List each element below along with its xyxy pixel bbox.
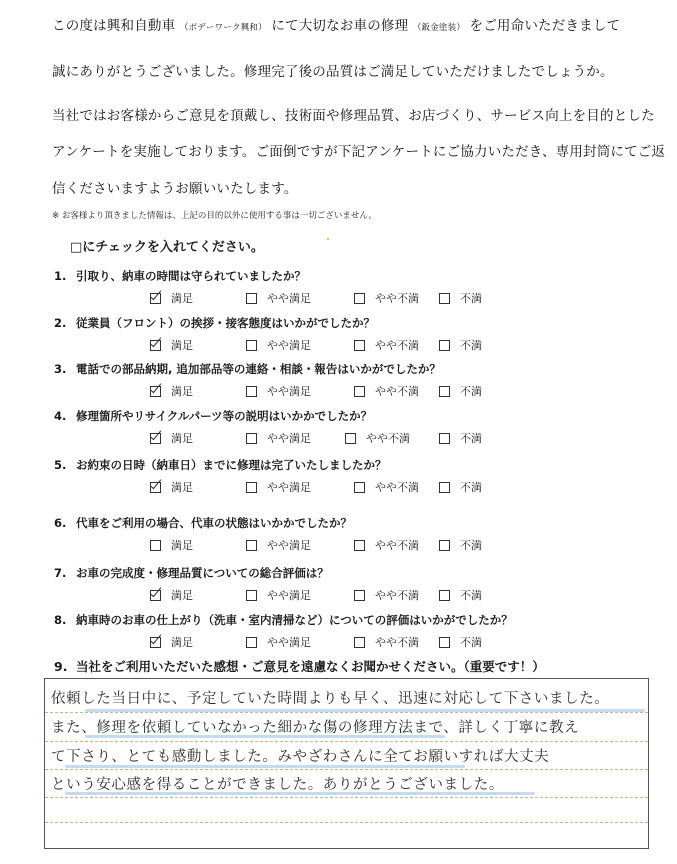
rating-option-label: やや満足 [267,537,311,553]
rating-option-label: 満足 [171,290,193,306]
question-number: 4. [54,409,76,423]
rating-option[interactable]: やや不満 [354,479,419,495]
rating-option[interactable]: やや不満 [354,587,419,603]
checked-checkbox[interactable] [150,482,161,493]
comment-line: また、修理を依頼していなかった細かな傷の修理方法まで、詳しく丁寧に教え [51,716,579,737]
rating-option-label: やや満足 [267,290,311,306]
rating-option-label: 不満 [460,587,482,603]
rating-option-label: 不満 [460,337,482,353]
rating-option-label: やや不満 [375,634,419,650]
rating-option[interactable]: やや不満 [354,537,419,553]
checkbox[interactable] [439,340,450,351]
rating-option[interactable]: 不満 [439,587,482,603]
rating-options: 満足やや満足やや不満不満 [0,587,677,603]
checkbox[interactable] [246,293,257,304]
question-8: 8.納車時のお車の仕上がり（洗車・室内清掃など）についての評価はいかがでしたか？ [54,612,513,628]
rating-option-label: 満足 [171,337,193,353]
rating-option-label: やや満足 [267,587,311,603]
rating-option[interactable]: 満足 [150,430,193,446]
rating-option[interactable]: 満足 [150,383,193,399]
ruled-line [45,797,648,798]
rating-option-label: 不満 [460,537,482,553]
checkbox[interactable] [439,590,450,601]
question-5: 5.お約束の日時（納車日）までに修理は完了いたしましたか？ [54,457,387,473]
scan-speck [327,238,329,240]
rating-option[interactable]: 不満 [439,537,482,553]
question-text: 電話での部品納期, 追加部品等の連絡・相談・報告はいかがでしたか？ [76,362,441,376]
checkbox[interactable] [246,340,257,351]
comment-line: という安心感を得ることができました。ありがとうございました。 [51,773,504,794]
rating-option-label: やや満足 [267,634,311,650]
highlight-stroke [85,709,645,712]
checked-checkbox[interactable] [150,433,161,444]
question-6: 6.代車をご利用の場合、代車の状態はいかかでしたか？ [54,515,352,531]
checkbox[interactable] [439,386,450,397]
rating-option-label: 不満 [460,430,482,446]
question-number: 9. [54,659,76,674]
rating-option-label: やや不満 [375,337,419,353]
rating-option-label: 満足 [171,430,193,446]
rating-option-label: 不満 [460,479,482,495]
question-number: 1. [54,269,76,283]
rating-option[interactable]: やや満足 [246,337,311,353]
rating-options: 満足やや満足やや不満不満 [0,537,677,553]
checkbox[interactable] [439,482,450,493]
checked-checkbox[interactable] [150,340,161,351]
rating-options: 満足やや満足やや不満不満 [0,634,677,650]
question-3: 3.電話での部品納期, 追加部品等の連絡・相談・報告はいかがでしたか？ [54,361,441,377]
rating-option[interactable]: やや満足 [246,587,311,603]
intro-line-3: 当社ではお客様からご意見を頂戴し、技術面や修理品質、お店づくり、サービス向上を目… [52,104,655,124]
rating-option-label: 不満 [460,383,482,399]
checkbox[interactable] [354,482,365,493]
intro-line-1: この度は興和自動車 （ボデーワーク興和） にて大切なお車の修理 （鈑金塗装） を… [52,14,620,34]
rating-option[interactable]: やや不満 [345,430,410,446]
checkbox[interactable] [150,540,161,551]
intro-text: をご用命いただきまして [470,18,621,34]
question-4: 4.修理箇所やリサイクルパーツ等の説明はいかかでしたか？ [54,408,372,424]
rating-option[interactable]: 満足 [150,587,193,603]
rating-options: 満足やや満足やや不満不満 [0,383,677,399]
question-7: 7.お車の完成度・修理品質についての総合評価は？ [54,565,329,581]
question-2: 2.従業員（フロント）の挨拶・接客態度はいかがでしたか？ [54,315,375,331]
question-text: 従業員（フロント）の挨拶・接客態度はいかがでしたか？ [76,316,375,330]
question-number: 3. [54,362,76,376]
rating-option[interactable]: 満足 [150,290,193,306]
ruled-line [45,741,648,742]
rating-option[interactable]: 満足 [150,337,193,353]
rating-option-label: やや満足 [267,383,311,399]
question-text: 代車をご利用の場合、代車の状態はいかかでしたか？ [76,516,352,530]
question-text: 引取り、納車の時間は守られていましたか？ [76,269,306,283]
comment-line: 依頼した当日中に、予定していた時間よりも早く、迅速に対応して下さいました。 [51,687,609,708]
question-text: お車の完成度・修理品質についての総合評価は？ [76,566,329,580]
question-number: 5. [54,458,76,472]
checkbox[interactable] [354,590,365,601]
question-number: 8. [54,613,76,627]
instruction-text: にチェックを入れてください。 [82,240,264,255]
ruled-line [45,712,648,713]
rating-option[interactable]: 不満 [439,383,482,399]
rating-options: 満足やや満足やや不満不満 [0,479,677,495]
intro-line-4: アンケートを実施しております。ご面倒ですが下記アンケートにご協力いただき、専用封… [52,140,665,160]
rating-option[interactable]: 不満 [439,430,482,446]
checkbox[interactable] [246,386,257,397]
rating-option[interactable]: やや満足 [246,430,311,446]
question-number: 6. [54,516,76,530]
comment-box[interactable]: 依頼した当日中に、予定していた時間よりも早く、迅速に対応して下さいました。 また… [44,678,649,849]
rating-option[interactable]: やや不満 [354,634,419,650]
rating-option-label: やや不満 [375,383,419,399]
question-number: 7. [54,566,76,580]
rating-option-label: やや不満 [375,537,419,553]
rating-option[interactable]: 満足 [150,634,193,650]
rating-option-label: やや満足 [267,479,311,495]
rating-option[interactable]: 不満 [439,337,482,353]
checkbox[interactable] [439,637,450,648]
intro-line-2: 誠にありがとうございました。修理完了後の品質はご満足していただけましたでしょうか… [52,60,614,80]
checked-checkbox[interactable] [150,637,161,648]
question-text: 当社をご利用いただいた感想・ご意見を遠慮なくお聞かせください。（重要です！） [76,659,545,674]
rating-option[interactable]: 不満 [439,479,482,495]
rating-option[interactable]: やや不満 [354,337,419,353]
checkbox[interactable] [354,637,365,648]
rating-option-label: やや不満 [375,587,419,603]
checkbox[interactable] [246,540,257,551]
rating-option-label: 不満 [460,634,482,650]
intro-small-text: （鈑金塗装） [413,23,465,33]
rating-options: 満足やや満足やや不満不満 [0,337,677,353]
rating-option[interactable]: やや満足 [246,634,311,650]
comment-line: て下さり、とても感動しました。みやざわさんに全てお願いすれば大丈夫 [51,745,549,766]
checked-checkbox[interactable] [150,386,161,397]
rating-option-label: やや満足 [267,430,311,446]
question-1: 1.引取り、納車の時間は守られていましたか？ [54,268,306,284]
intro-small-text: （ボデーワーク興和） [180,23,267,33]
rating-option[interactable]: やや満足 [246,479,311,495]
checkbox[interactable] [439,540,450,551]
checked-checkbox[interactable] [150,293,161,304]
rating-option[interactable]: やや満足 [246,383,311,399]
rating-options: 満足やや満足やや不満不満 [0,430,677,446]
instruction-heading: □にチェックを入れてください。 [70,236,264,255]
checkbox[interactable] [439,293,450,304]
privacy-note: ※ お客様より頂きました情報は、上記の目的以外に使用する事は一切ございません。 [52,209,377,221]
rating-option[interactable]: やや満足 [246,537,311,553]
rating-option-label: 満足 [171,634,193,650]
question-text: お約束の日時（納車日）までに修理は完了いたしましたか？ [76,458,387,472]
rating-option[interactable]: 不満 [439,290,482,306]
rating-option[interactable]: やや満足 [246,290,311,306]
rating-option[interactable]: やや不満 [354,383,419,399]
question-text: 修理箇所やリサイクルパーツ等の説明はいかかでしたか？ [76,409,372,423]
intro-line-5: 信くださいますようお願いいたします。 [52,177,298,197]
rating-option-label: やや不満 [375,290,419,306]
rating-option[interactable]: やや不満 [354,290,419,306]
ruled-line [45,769,648,770]
checkbox[interactable] [354,540,365,551]
checkbox[interactable] [439,433,450,444]
question-9: 9.当社をご利用いただいた感想・ご意見を遠慮なくお聞かせください。（重要です！） [54,657,545,675]
checkbox-glyph-icon: □ [70,240,82,255]
rating-option-label: 満足 [171,537,193,553]
rating-option[interactable]: 不満 [439,634,482,650]
intro-text: この度は興和自動車 [52,18,175,34]
rating-option-label: やや不満 [375,479,419,495]
rating-option-label: やや不満 [366,430,410,446]
checkbox[interactable] [354,340,365,351]
rating-option-label: 満足 [171,587,193,603]
rating-option-label: 満足 [171,479,193,495]
intro-text: にて大切なお車の修理 [271,18,408,34]
checkbox[interactable] [246,590,257,601]
checkbox[interactable] [354,293,365,304]
rating-option[interactable]: 満足 [150,537,193,553]
rating-option[interactable]: 満足 [150,479,193,495]
checked-checkbox[interactable] [150,590,161,601]
checkbox[interactable] [246,482,257,493]
question-text: 納車時のお車の仕上がり（洗車・室内清掃など）についての評価はいかがでしたか？ [76,613,513,627]
checkbox[interactable] [246,637,257,648]
rating-options: 満足やや満足やや不満不満 [0,290,677,306]
checkbox[interactable] [246,433,257,444]
rating-option-label: やや満足 [267,337,311,353]
ruled-line [45,822,648,823]
rating-option-label: 満足 [171,383,193,399]
rating-option-label: 不満 [460,290,482,306]
checkbox[interactable] [354,386,365,397]
checkbox[interactable] [345,433,356,444]
question-number: 2. [54,316,76,330]
